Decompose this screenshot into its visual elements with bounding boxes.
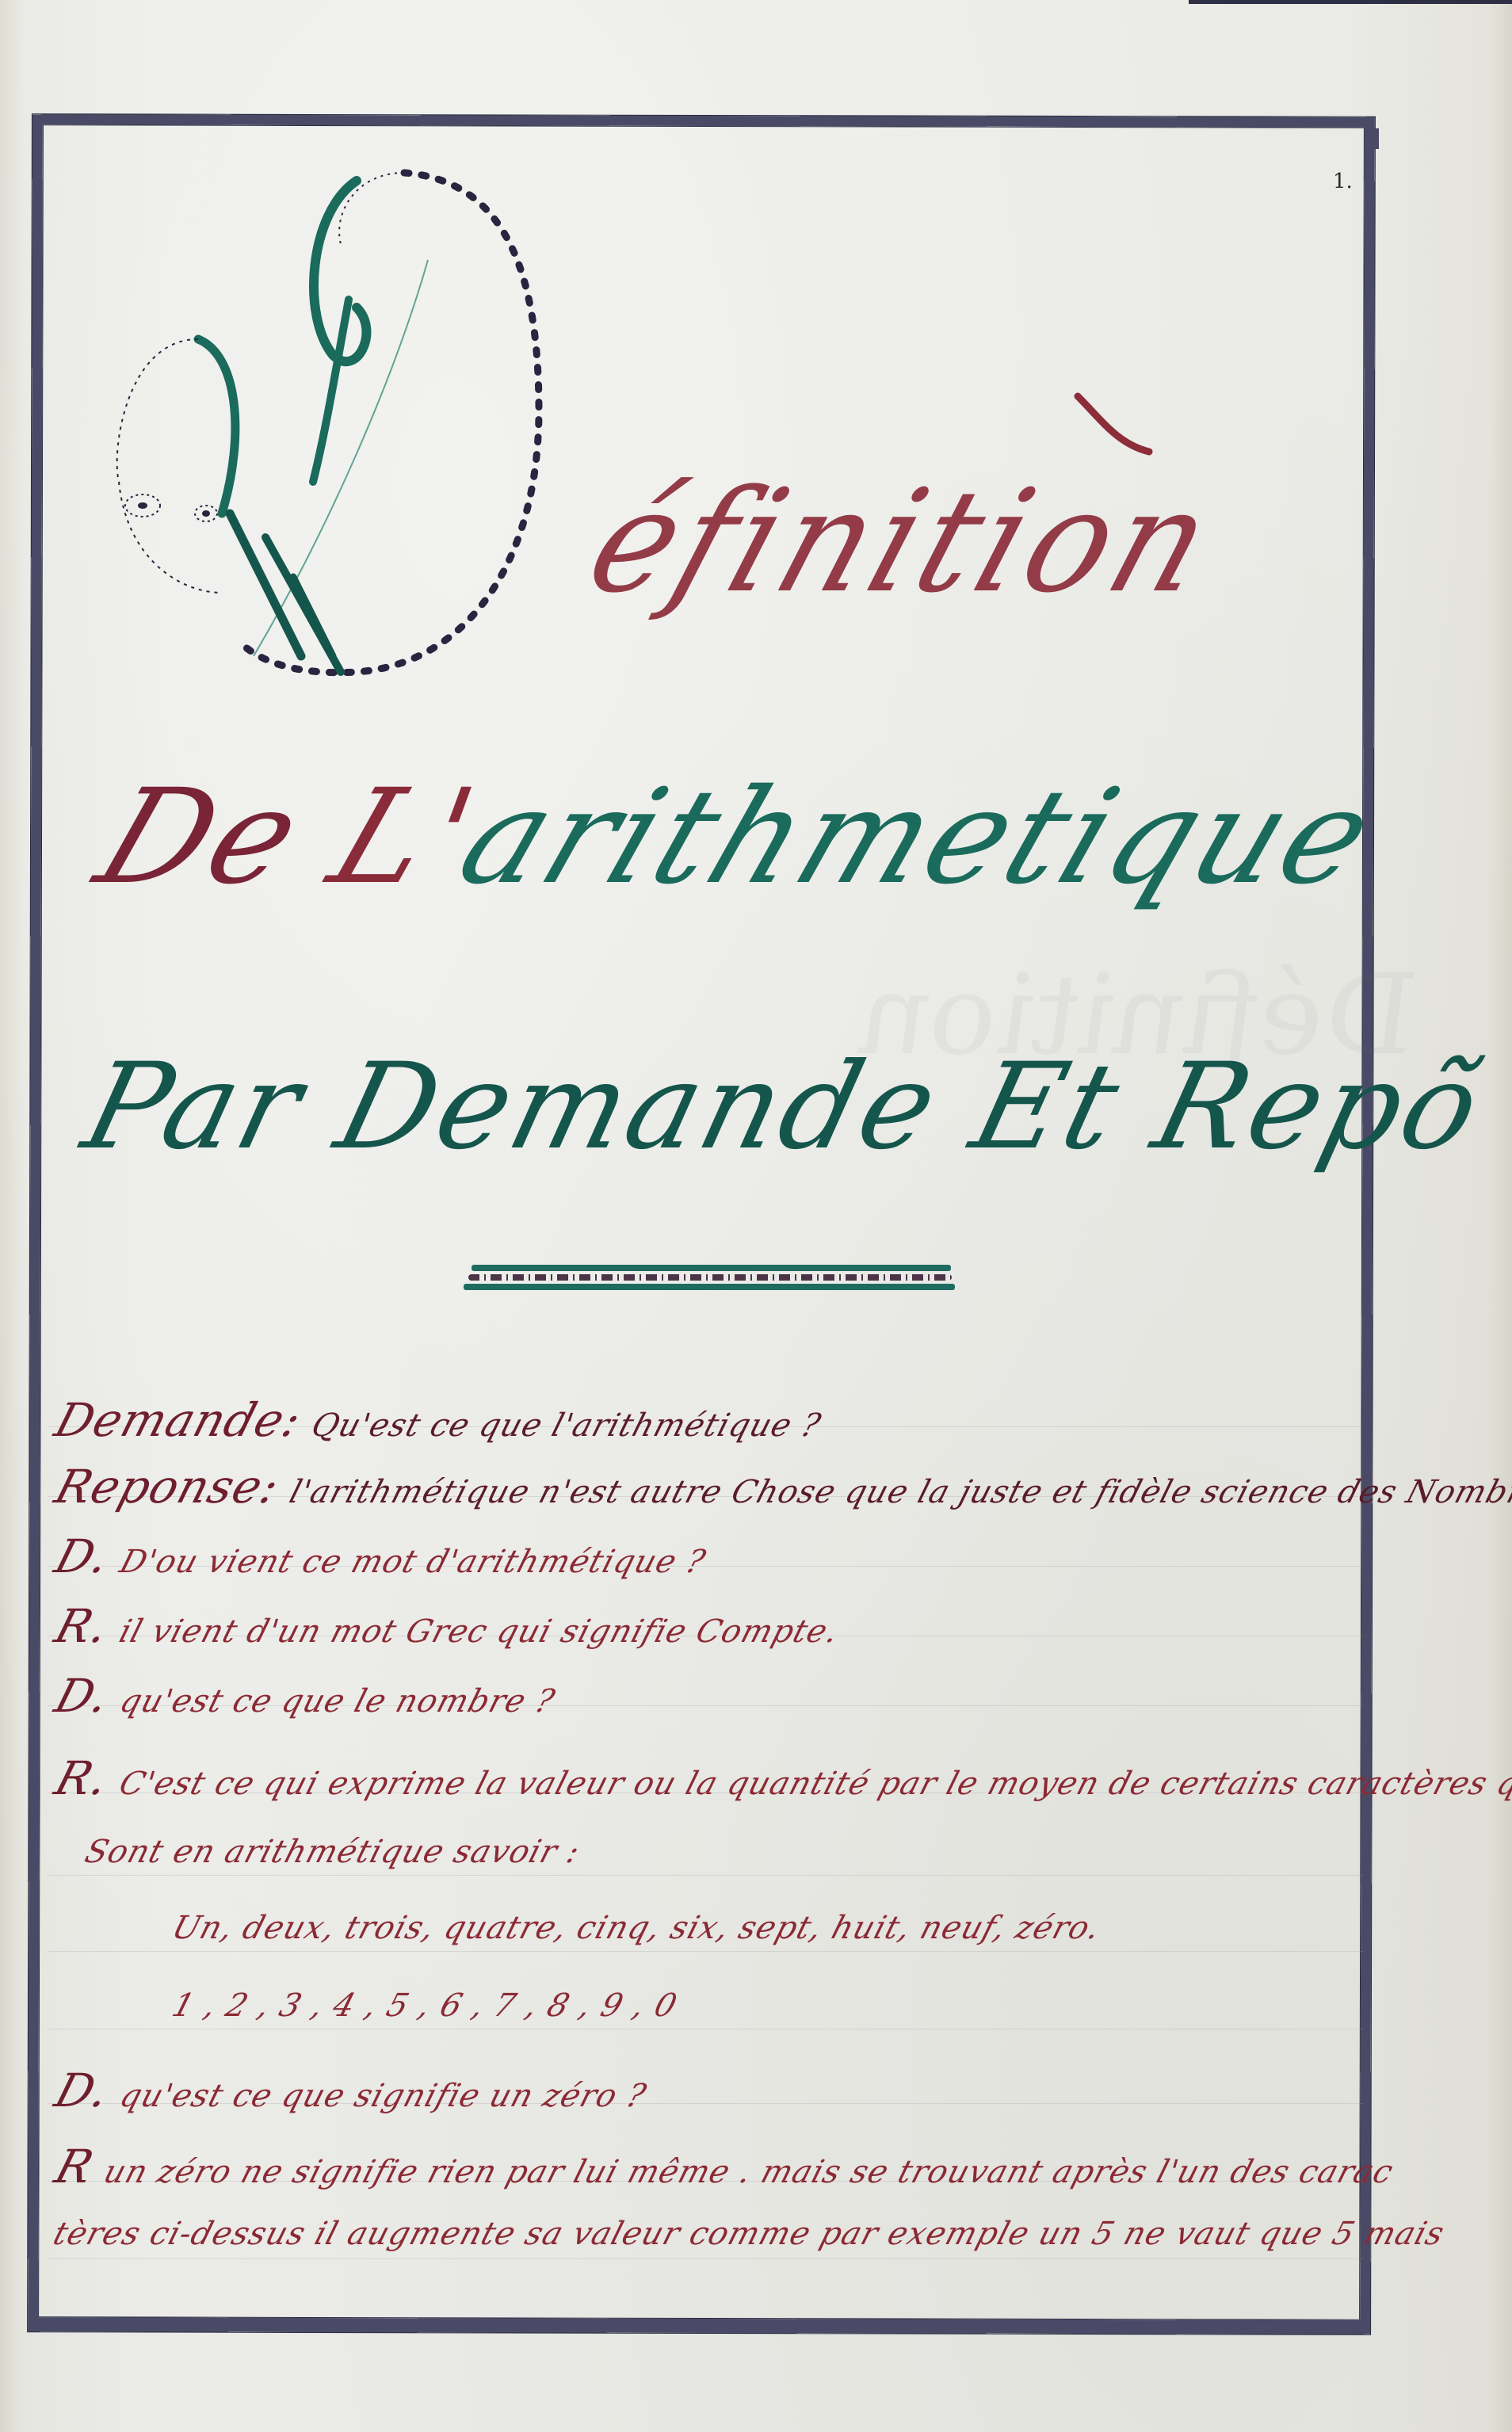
- ruling-line: [48, 2258, 1363, 2259]
- ruling-line: [48, 1875, 1363, 1876]
- qa-line-answer-4: Run zéro ne signifie rien par lui même .…: [49, 2140, 1402, 2193]
- qa-line-question-2: D.D'ou vient ce mot d'arithmétique ?: [49, 1529, 714, 1583]
- title-par-demande-et-repo: Par Demande Et Repõ: [71, 1038, 1496, 1176]
- qa-text: un zéro ne signifie rien par lui même . …: [100, 2154, 1398, 2190]
- qa-line-question-3: D.qu'est ce que le nombre ?: [49, 1669, 563, 1723]
- frame-corner-tick: [1368, 128, 1379, 149]
- qa-text: D'ou vient ce mot d'arithmétique ?: [116, 1544, 710, 1580]
- page-top-edge: [1189, 0, 1512, 4]
- qa-text: Un, deux, trois, quatre, cinq, six, sept…: [168, 1910, 1105, 1946]
- qa-text: 1 , 2 , 3 , 4 , 5 , 6 , 7 , 8 , 9 , 0: [168, 1987, 682, 2024]
- ruling-line: [48, 2029, 1363, 2029]
- qa-line-answer-3: R.C'est ce qui exprime la valeur ou la q…: [49, 1751, 1512, 1805]
- ruling-line: [48, 1951, 1363, 1952]
- title-word-de: De: [79, 761, 323, 913]
- divider-bar-bottom: [464, 1284, 955, 1290]
- title-de-larithmetique: De L'arithmetique: [79, 761, 1396, 913]
- qa-line-question-1: Demande:Qu'est ce que l'arithmétique ?: [49, 1393, 829, 1447]
- title-word-rithmetique: rithmetique: [523, 761, 1396, 913]
- qa-text: tères ci-dessus il augmente sa valeur co…: [49, 2216, 1449, 2252]
- qa-line-answer-4-cont: tères ci-dessus il augmente sa valeur co…: [49, 2216, 1449, 2252]
- qa-line-answer-1: Reponse:l'arithmétique n'est autre Chose…: [49, 1460, 1512, 1514]
- qa-text: qu'est ce que signifie un zéro ?: [116, 2078, 651, 2114]
- qa-label: Reponse:: [49, 1460, 286, 1514]
- qa-text: il vient d'un mot Grec qui signifie Comp…: [115, 1613, 843, 1650]
- qa-line-question-4: D.qu'est ce que signifie un zéro ?: [49, 2064, 655, 2117]
- divider-bar-top: [472, 1265, 951, 1271]
- qa-text: Qu'est ce que l'arithmétique ?: [307, 1407, 825, 1444]
- title-definition: éfinition: [571, 460, 1235, 624]
- qa-line-answer-3-cont: Sont en arithmétique savoir :: [81, 1834, 584, 1870]
- qa-label: Demande:: [49, 1393, 307, 1447]
- title-block: éfinition De L'arithmetique Par Demande …: [48, 143, 1347, 1284]
- ornamental-divider: [464, 1263, 955, 1295]
- qa-text: C'est ce qui exprime la valeur ou la qua…: [115, 1766, 1512, 1802]
- qa-text: qu'est ce que le nombre ?: [116, 1683, 559, 1720]
- grave-accent-icon: [1070, 388, 1157, 460]
- qa-text: l'arithmétique n'est autre Chose que la …: [285, 1474, 1512, 1510]
- qa-line-number-words: Un, deux, trois, quatre, cinq, six, sept…: [168, 1910, 1105, 1946]
- divider-dotted-band: [468, 1274, 952, 1281]
- qa-text: Sont en arithmétique savoir :: [81, 1834, 584, 1870]
- qa-line-digits: 1 , 2 , 3 , 4 , 5 , 6 , 7 , 8 , 9 , 0: [168, 1987, 682, 2024]
- qa-line-answer-2: R.il vient d'un mot Grec qui signifie Co…: [49, 1599, 847, 1653]
